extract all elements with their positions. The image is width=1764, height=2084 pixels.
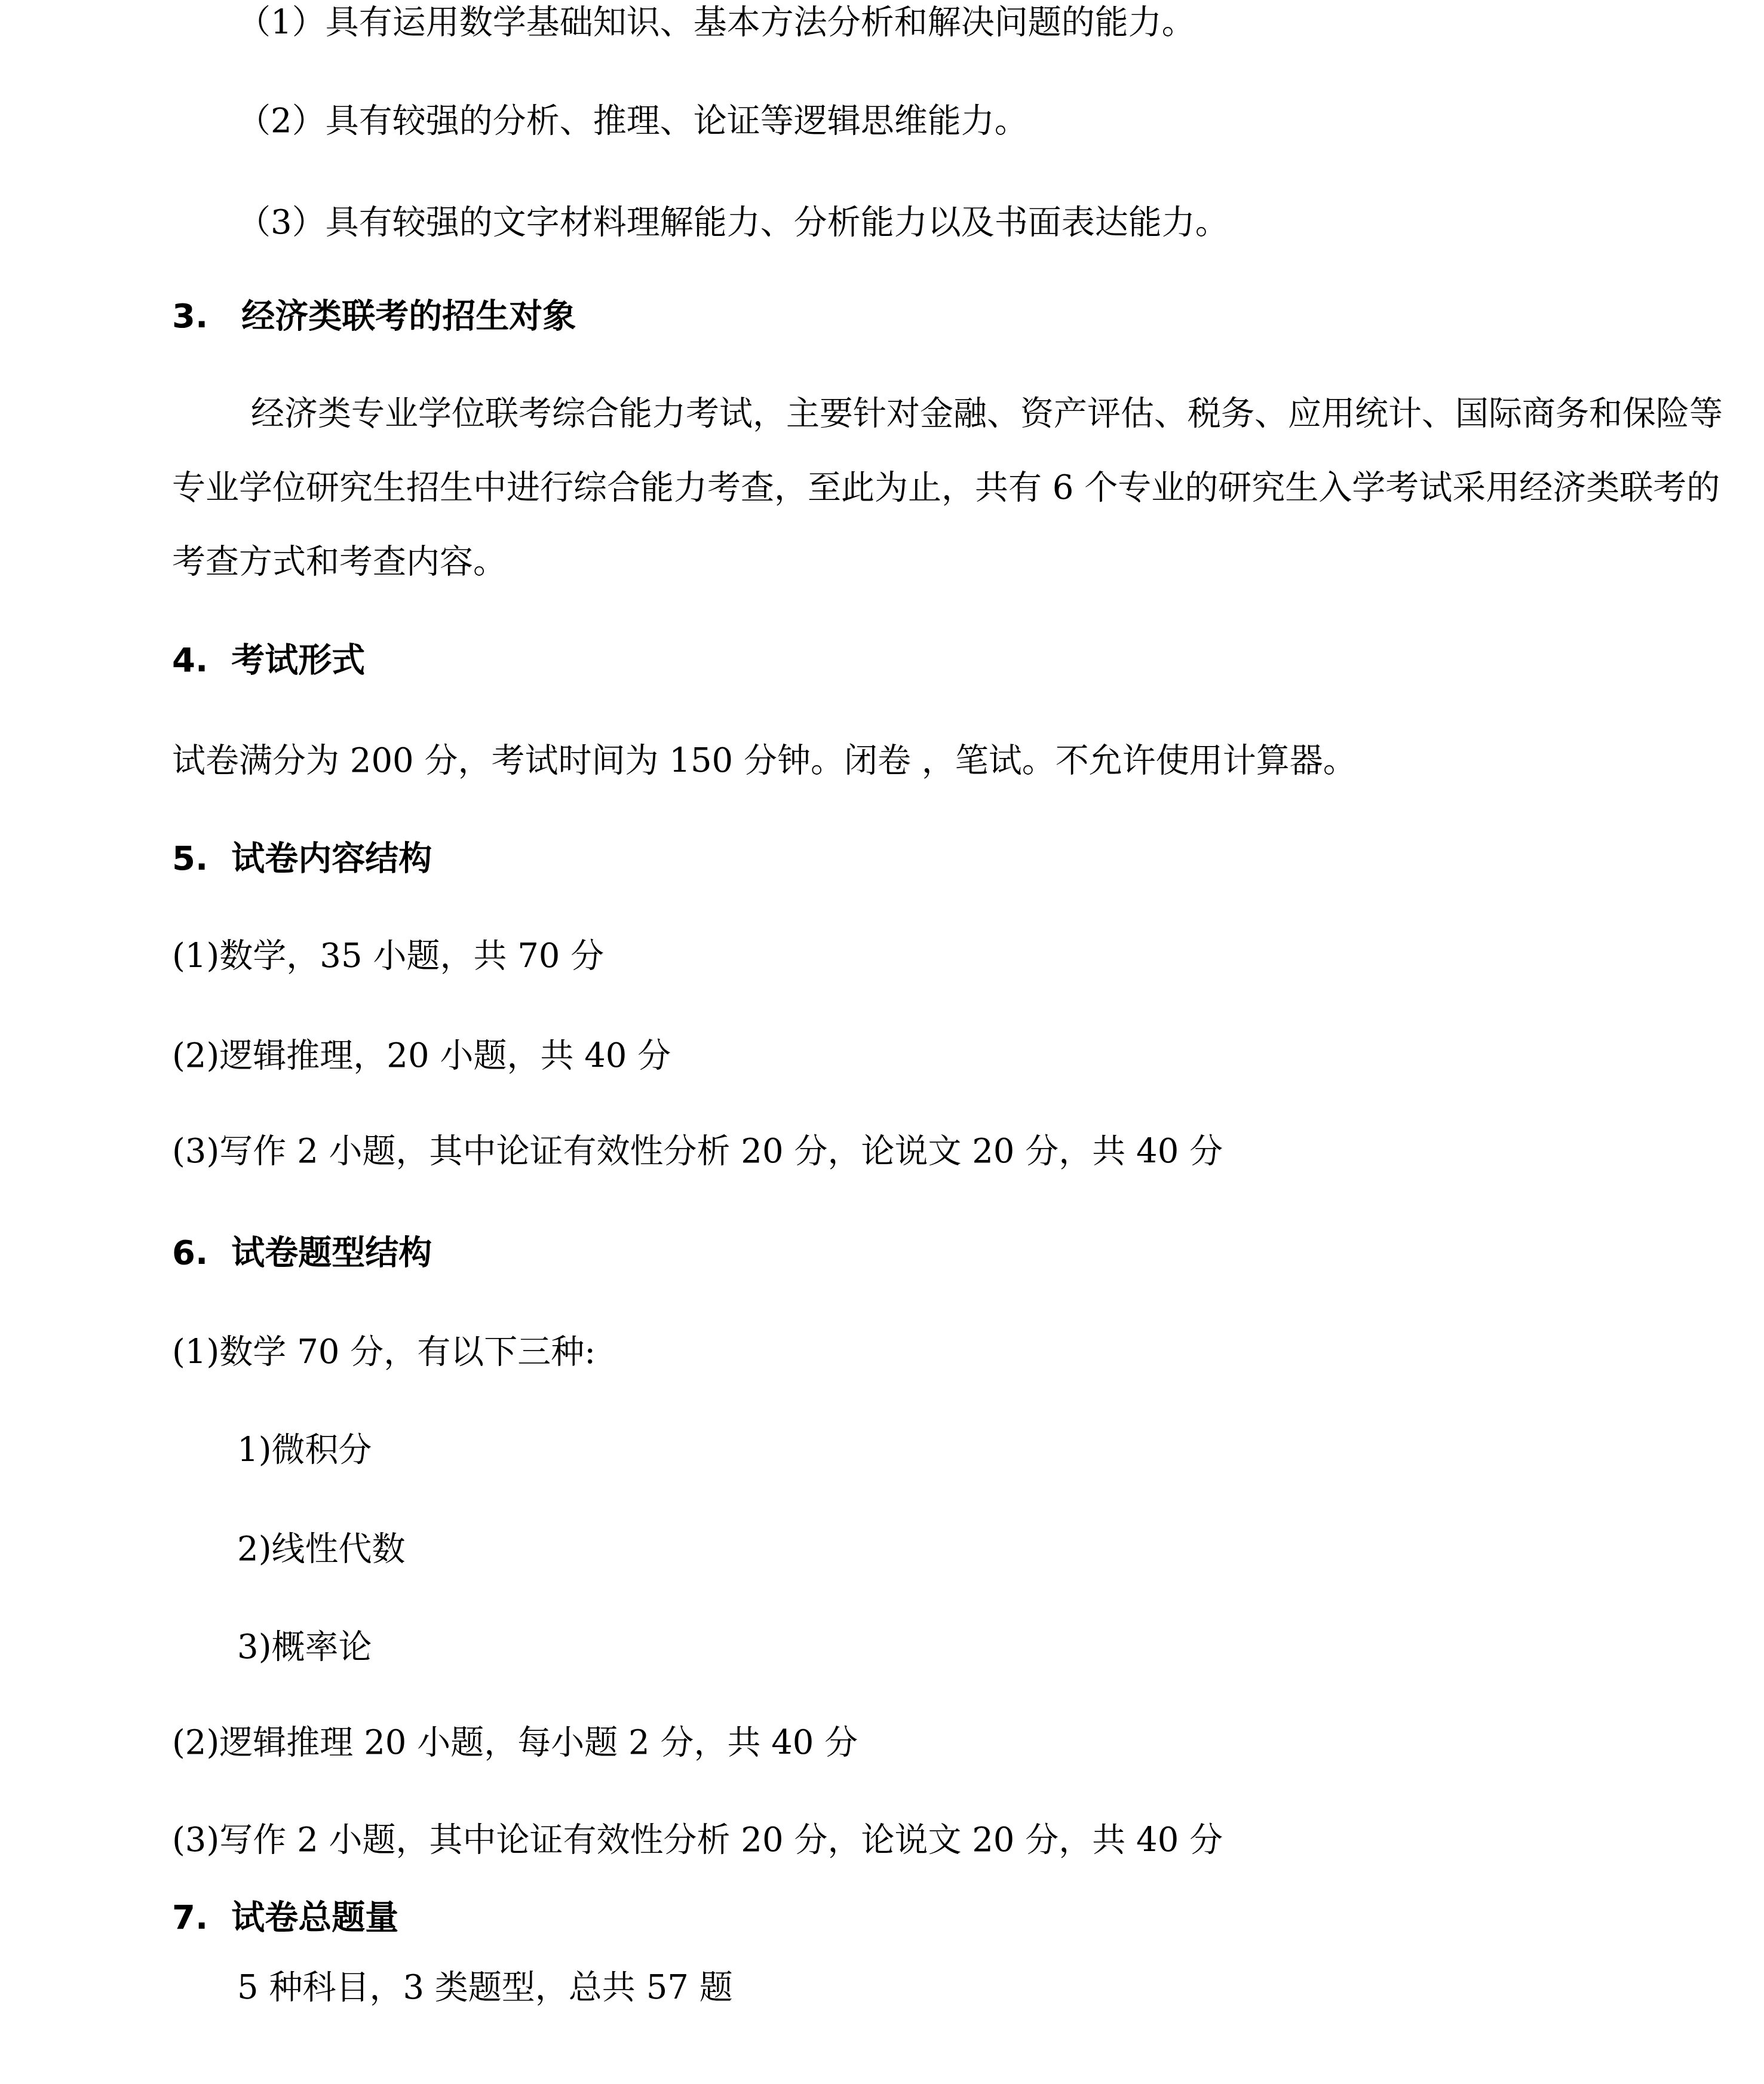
section-heading-6: 6. 试卷题型结构 [172,1233,432,1273]
section-heading-5: 5. 试卷内容结构 [172,839,432,879]
paragraph-line-3: 考查方式和考查内容。 [172,542,507,582]
paragraph-line-1: 经济类专业学位联考综合能力考试，主要针对金融、资产评估、税务、应用统计、国际商务… [251,394,1723,434]
capability-item-1: （1）具有运用数学基础知识、基本方法分析和解决问题的能力。 [237,3,1195,42]
content-structure-item-2: (2)逻辑推理，20 小题，共 40 分 [172,1036,671,1076]
question-type-item-1: (1)数学 70 分，有以下三种: [172,1333,596,1372]
section-heading-3: 3. 经济类联考的招生对象 [172,297,576,336]
section-heading-7: 7. 试卷总题量 [172,1898,398,1938]
capability-item-3: （3）具有较强的文字材料理解能力、分析能力以及书面表达能力。 [237,203,1229,243]
question-type-item-3: (3)写作 2 小题，其中论证有效性分析 20 分，论说文 20 分，共 40 … [172,1821,1223,1860]
exam-format-line: 试卷满分为 200 分，考试时间为 150 分钟。闭卷 ，笔试。不允许使用计算器… [172,741,1357,781]
section-heading-4: 4. 考试形式 [172,641,365,680]
math-sub-item-1: 1)微积分 [237,1431,372,1470]
document-page: （1）具有运用数学基础知识、基本方法分析和解决问题的能力。 （2）具有较强的分析… [0,0,1764,2084]
question-type-item-2: (2)逻辑推理 20 小题，每小题 2 分，共 40 分 [172,1723,858,1763]
content-structure-item-1: (1)数学，35 小题，共 70 分 [172,937,604,976]
math-sub-item-2: 2)线性代数 [237,1530,405,1569]
capability-item-2: （2）具有较强的分析、推理、论证等逻辑思维能力。 [237,102,1028,141]
content-structure-item-3: (3)写作 2 小题，其中论证有效性分析 20 分，论说文 20 分，共 40 … [172,1132,1223,1171]
total-questions-summary: 5 种科目，3 类题型，总共 57 题 [237,1968,733,2008]
math-sub-item-3: 3)概率论 [237,1628,372,1667]
paragraph-line-2: 专业学位研究生招生中进行综合能力考查，至此为止，共有 6 个专业的研究生入学考试… [172,468,1720,508]
